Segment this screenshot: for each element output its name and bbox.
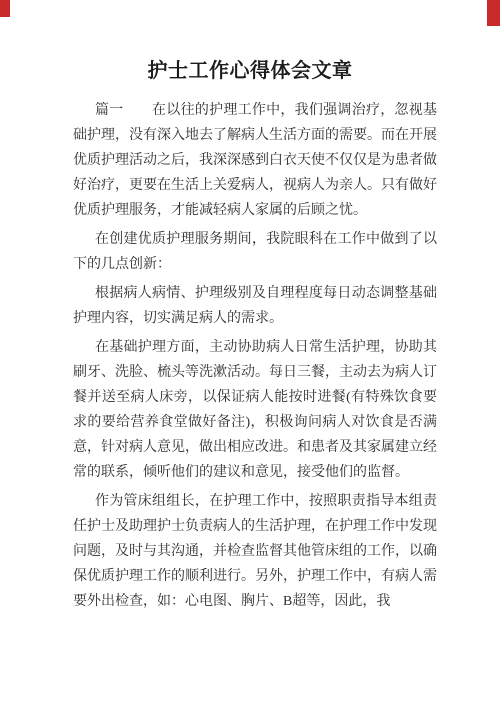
body-paragraph: 根据病人病情、护理级别及自理程度每日动态调整基础护理内容，切实满足病人的需求。 bbox=[73, 281, 437, 331]
body-paragraph: 在基础护理方面，主动协助病人日常生活护理，协助其刷牙、洗脸、梳头等洗漱活动。每日… bbox=[73, 335, 437, 485]
page-title: 护士工作心得体会文章 bbox=[0, 0, 500, 85]
body-paragraph: 篇一 在以往的护理工作中，我们强调治疗，忽视基础护理，没有深入地去了解病人生活方… bbox=[73, 98, 437, 223]
body-paragraph: 作为管床组组长，在护理工作中，按照职责指导本组责任护士及助理护士负责病人的生活护… bbox=[73, 489, 437, 614]
body-paragraph: 在创建优质护理服务期间，我院眼科在工作中做到了以下的几点创新： bbox=[73, 227, 437, 277]
red-corner-mark-left bbox=[0, 0, 10, 17]
red-corner-mark-right bbox=[487, 0, 500, 26]
document-body: 篇一 在以往的护理工作中，我们强调治疗，忽视基础护理，没有深入地去了解病人生活方… bbox=[73, 98, 437, 614]
document-page: 护士工作心得体会文章 篇一 在以往的护理工作中，我们强调治疗，忽视基础护理，没有… bbox=[0, 0, 500, 707]
